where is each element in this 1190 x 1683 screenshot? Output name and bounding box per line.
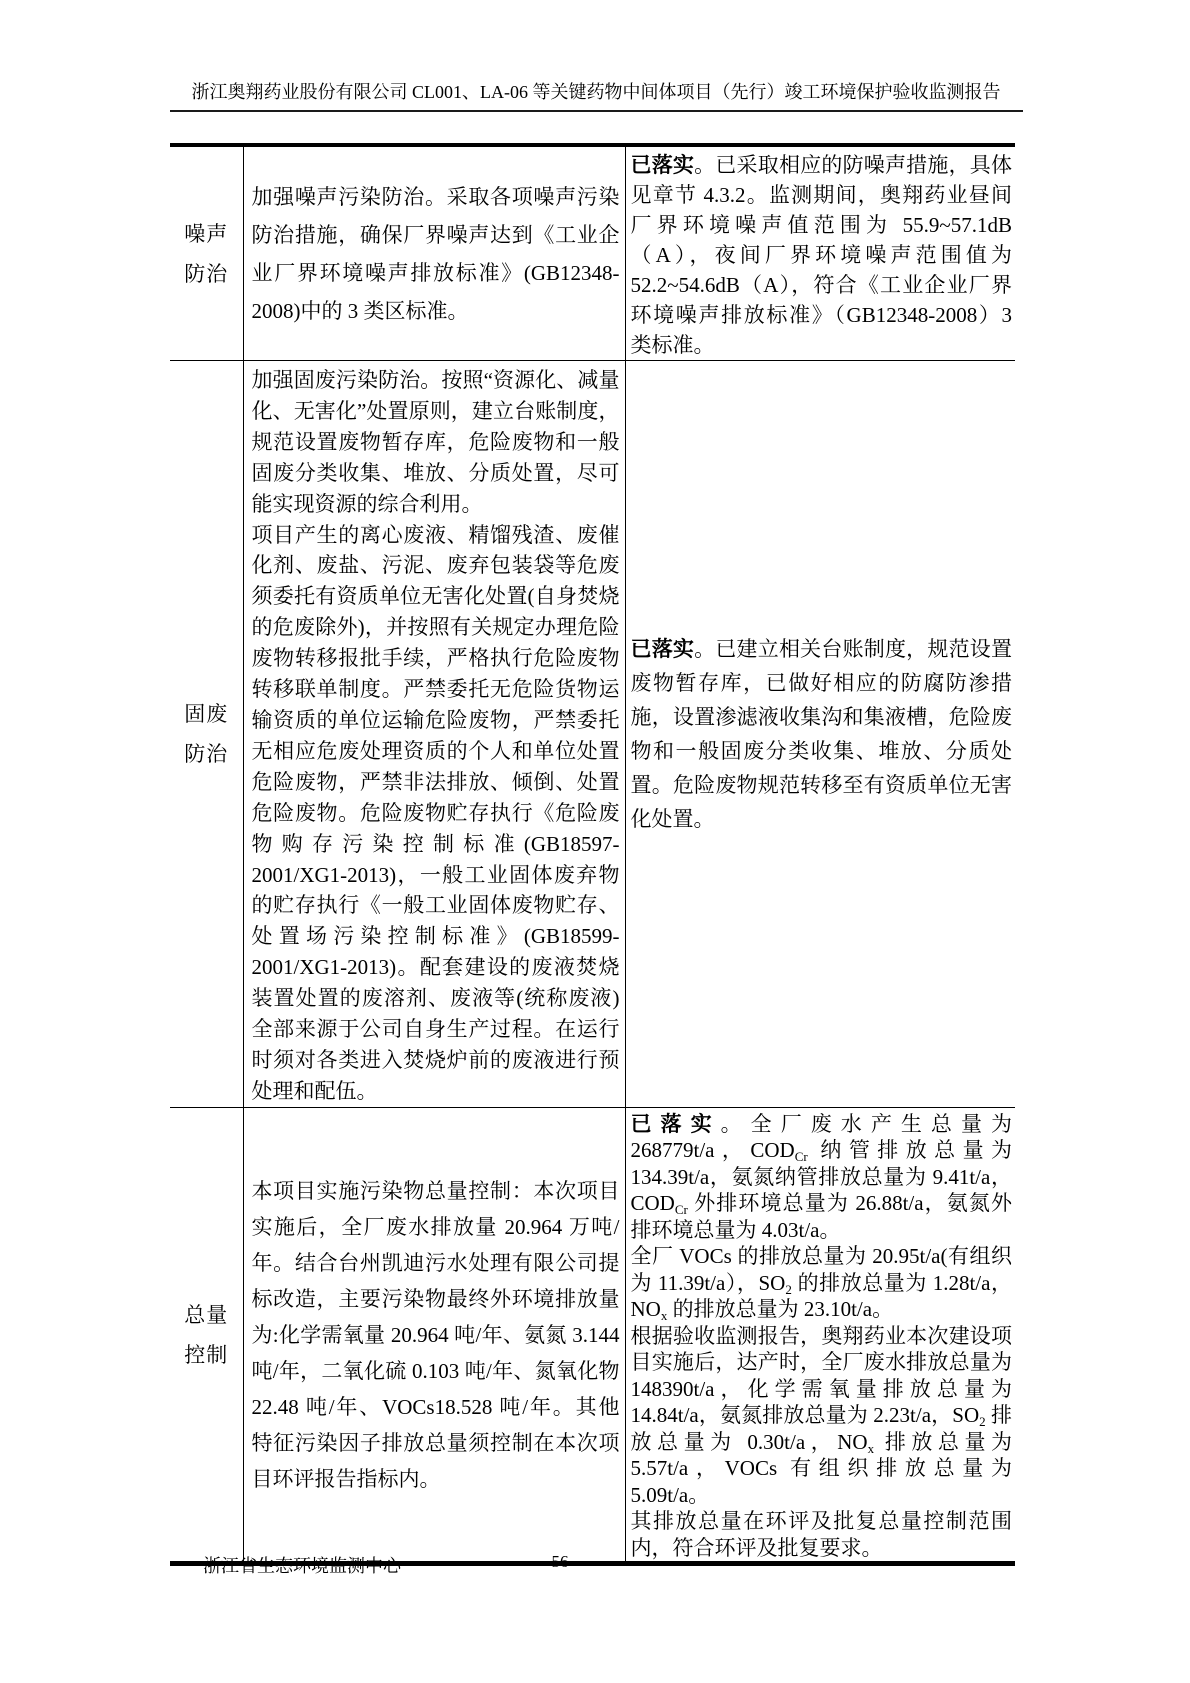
header-rule <box>170 110 1023 112</box>
requirement-text: 本项目实施污染物总量控制：本次项目实施后，全厂废水排放量 20.964 万吨/年… <box>244 1173 625 1497</box>
label-cell: 总量控制 <box>170 1107 243 1564</box>
label-cell: 噪声防治 <box>170 145 243 361</box>
requirement-text: 加强噪声污染防治。采取各项噪声污染防治措施，确保厂界噪声达到《工业企业厂界环境噪… <box>244 178 625 330</box>
document-page: 浙江奥翔药业股份有限公司 CL001、LA-06 等关键药物中间体项目（先行）竣… <box>0 0 1190 1683</box>
requirement-text: 加强固废污染防治。按照“资源化、减量化、无害化”处置原则，建立台账制度，规范设置… <box>244 361 625 1107</box>
row-label: 总量控制 <box>183 1295 229 1375</box>
acceptance-monitoring-table: 噪声防治 加强噪声污染防治。采取各项噪声污染防治措施，确保厂界噪声达到《工业企业… <box>170 143 1015 1566</box>
footer-page-number: 56 <box>545 1552 575 1572</box>
footer-organization: 浙江省生态环境监测中心 <box>203 1552 401 1578</box>
implementation-text: 已落实。已采取相应的防噪声措施，具体见章节 4.3.2。监测期间，奥翔药业昼间厂… <box>626 147 1016 360</box>
requirement-cell: 本项目实施污染物总量控制：本次项目实施后，全厂废水排放量 20.964 万吨/年… <box>243 1107 625 1564</box>
row-label: 固废防治 <box>183 694 229 774</box>
label-cell: 固废防治 <box>170 361 243 1108</box>
requirement-cell: 加强固废污染防治。按照“资源化、减量化、无害化”处置原则，建立台账制度，规范设置… <box>243 361 625 1108</box>
implementation-text: 已落实。已建立相关台账制度，规范设置废物暂存库，已做好相应的防腐防渗措施，设置渗… <box>626 632 1016 836</box>
implementation-cell: 已落实。已建立相关台账制度，规范设置废物暂存库，已做好相应的防腐防渗措施，设置渗… <box>625 361 1015 1108</box>
row-label: 噪声防治 <box>183 214 229 294</box>
page-header-title: 浙江奥翔药业股份有限公司 CL001、LA-06 等关键药物中间体项目（先行）竣… <box>168 80 1024 104</box>
requirement-cell: 加强噪声污染防治。采取各项噪声污染防治措施，确保厂界噪声达到《工业企业厂界环境噪… <box>243 145 625 361</box>
implementation-cell: 已落实。已采取相应的防噪声措施，具体见章节 4.3.2。监测期间，奥翔药业昼间厂… <box>625 145 1015 361</box>
implementation-text: 已落实。全厂废水产生总量为 268779t/a，CODCr 纳管排放总量为 13… <box>626 1108 1016 1562</box>
table-row-noise-control: 噪声防治 加强噪声污染防治。采取各项噪声污染防治措施，确保厂界噪声达到《工业企业… <box>170 145 1015 361</box>
table-row-solid-waste-control: 固废防治 加强固废污染防治。按照“资源化、减量化、无害化”处置原则，建立台账制度… <box>170 361 1015 1108</box>
implementation-cell: 已落实。全厂废水产生总量为 268779t/a，CODCr 纳管排放总量为 13… <box>625 1107 1015 1564</box>
table-row-total-amount-control: 总量控制 本项目实施污染物总量控制：本次项目实施后，全厂废水排放量 20.964… <box>170 1107 1015 1564</box>
